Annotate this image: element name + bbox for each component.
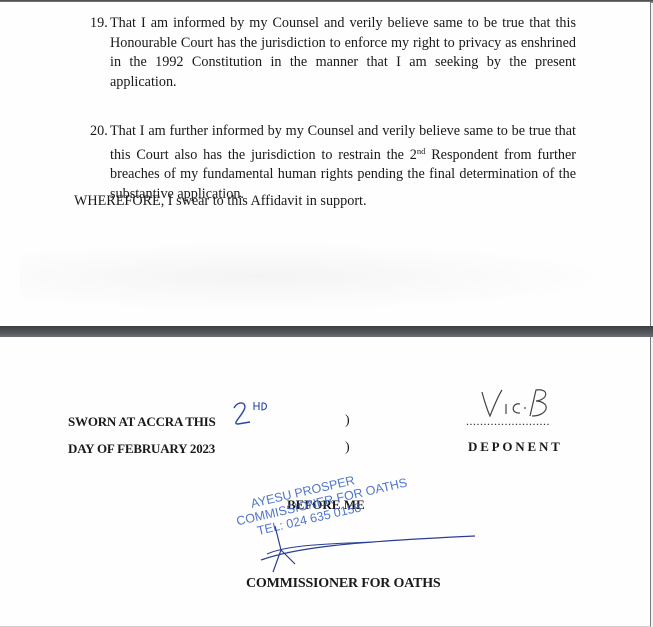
scan-artifact bbox=[20, 242, 620, 312]
commissioner-label: COMMISSIONER FOR OATHS bbox=[246, 576, 440, 592]
handwritten-day-2nd bbox=[228, 398, 278, 428]
paragraph-19: 19. That I am informed by my Counsel and… bbox=[90, 14, 576, 92]
bracket-1: ) bbox=[345, 413, 350, 429]
paragraph-20: 20. That I am further informed by my Cou… bbox=[90, 122, 576, 204]
paragraph-text: That I am further informed by my Counsel… bbox=[110, 122, 576, 204]
paragraph-number: 19. bbox=[90, 14, 108, 34]
commissioner-signature bbox=[255, 520, 485, 580]
sworn-at-line: SWORN AT ACCRA THIS bbox=[68, 414, 216, 430]
bracket-2: ) bbox=[345, 440, 350, 456]
day-of-line: DAY OF FEBRUARY 2023 bbox=[68, 441, 215, 457]
paragraph-number: 20. bbox=[90, 122, 108, 142]
page-separator bbox=[0, 326, 653, 337]
paragraph-text: That I am informed by my Counsel and ver… bbox=[110, 14, 576, 92]
deponent-label: DEPONENT bbox=[468, 439, 563, 455]
deponent-signature-line: ........................ bbox=[466, 414, 550, 429]
page-fragment-top: 19. That I am informed by my Counsel and… bbox=[0, 2, 651, 326]
wherefore-clause: WHEREFORE, I swear to this Affidavit in … bbox=[74, 193, 367, 210]
